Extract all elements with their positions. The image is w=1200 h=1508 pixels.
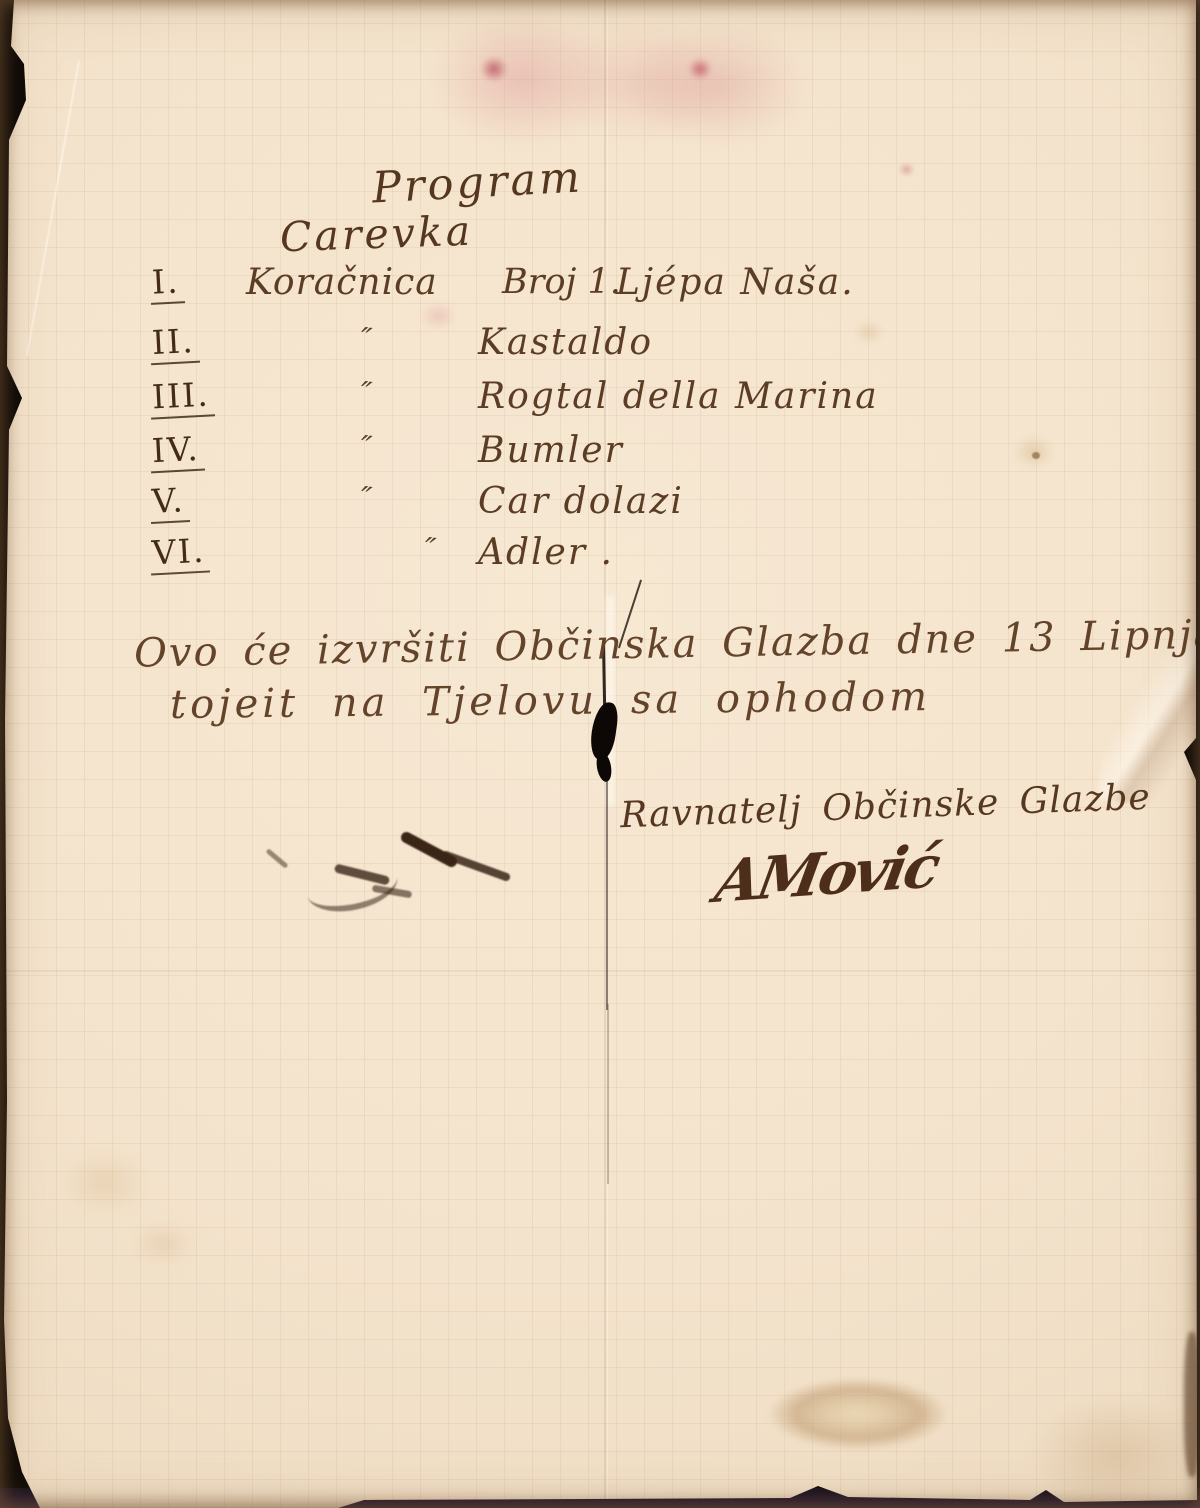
foxing-spot	[1014, 436, 1054, 468]
pink-stain-core	[480, 56, 508, 82]
foxing-spot	[1032, 452, 1040, 459]
scanned-document: Program Carevka I. Koračnica Broj 1. Ljé…	[0, 0, 1200, 1508]
pink-stain	[628, 26, 808, 144]
item-numeral: VI.	[149, 530, 210, 575]
note-line-1: Ovo će izvršiti Občinska Glazba dne 13 L…	[134, 609, 1200, 676]
item-numeral: III.	[149, 374, 215, 419]
note-line-2: tojeit na Tjelovu sa ophodom	[170, 674, 932, 728]
water-stain	[796, 1392, 916, 1436]
foxing-spot	[60, 1150, 150, 1216]
pink-speck	[420, 302, 456, 330]
tear-crack	[607, 1004, 609, 1184]
item-numeral: V.	[149, 480, 190, 524]
pink-speck	[898, 162, 915, 177]
horizontal-crease	[0, 970, 1200, 972]
item-numeral: II.	[149, 321, 200, 365]
edge-smudge	[1184, 1332, 1200, 1477]
item-name: Rogtal della Marina	[478, 376, 879, 417]
item-number: Broj 1.	[502, 262, 621, 302]
foxing-spot	[130, 1222, 196, 1266]
pink-stain	[430, 14, 620, 144]
signature-scrawl: AMović	[710, 832, 943, 916]
ditto-mark: ″	[358, 429, 374, 465]
page-subtitle: Carevka	[279, 207, 474, 262]
ink-smudge	[300, 836, 580, 926]
water-stain	[768, 1378, 948, 1450]
pink-stain-core	[688, 58, 712, 80]
ditto-mark: ″	[422, 531, 438, 567]
ditto-mark: ″	[358, 321, 374, 357]
page-title: Program	[371, 153, 584, 214]
item-name: Ljépa Naša.	[616, 262, 855, 303]
surface-scratch	[26, 60, 80, 356]
item-numeral: IV.	[149, 429, 205, 474]
corner-stain	[1030, 1396, 1200, 1508]
item-name: Adler .	[478, 532, 614, 573]
pink-stain	[556, 24, 726, 139]
ditto-mark: ″	[358, 480, 374, 516]
item-numeral: I.	[149, 261, 185, 305]
item-name: Bumler	[478, 430, 624, 471]
item-name: Car dolazi	[478, 481, 684, 522]
item-piece: Koračnica	[246, 262, 438, 303]
ditto-mark: ″	[358, 375, 374, 411]
tear-crack	[606, 780, 608, 1010]
paper-sheet: Program Carevka I. Koračnica Broj 1. Ljé…	[0, 0, 1200, 1508]
signoff-line: Ravnatelj Občinske Glazbe	[619, 777, 1151, 836]
item-name: Kastaldo	[478, 322, 653, 363]
foxing-spot	[854, 320, 884, 344]
